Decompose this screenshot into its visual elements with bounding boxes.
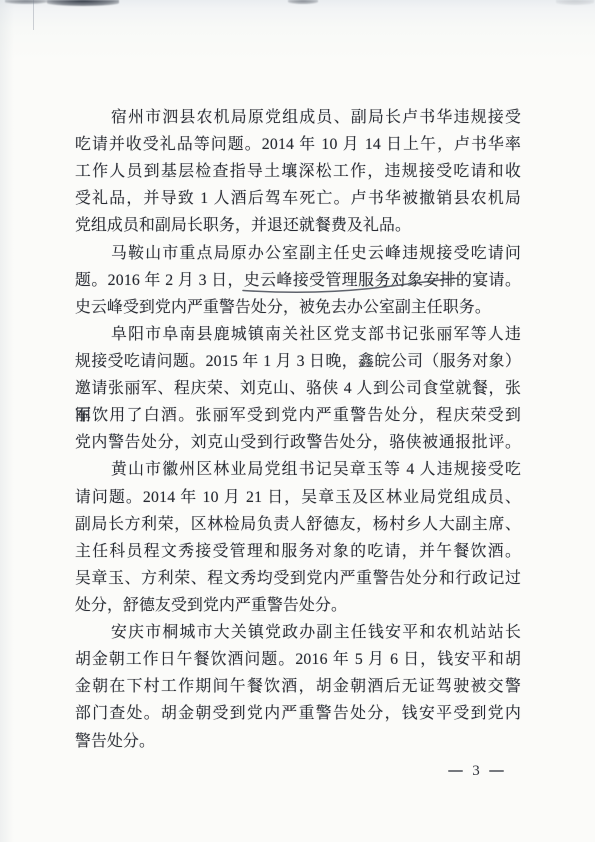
document-line: 工作人员到基层检查指导土壤深松工作，违规接受吃请和收 [75, 158, 521, 185]
document-line: 军饮用了白酒。张丽军受到党内严重警告处分，程庆荣受到 [75, 402, 521, 429]
document-line: 题。2016 年 2 月 3 日，史云峰接受管理服务对象安排的宴请。 [75, 267, 521, 294]
page-number: 3 [472, 764, 480, 779]
scan-smudge-mark [556, 0, 594, 5]
document-line: 马鞍山市重点局原办公室副主任史云峰违规接受吃请问 [75, 240, 521, 267]
document-line: 副局长方利荣，区林检局负责人舒德友，杨村乡人大副主席、 [75, 511, 521, 538]
scan-smudge-mark [47, 0, 119, 6]
document-line: 党内警告处分，刘克山受到行政警告处分，骆侠被通报批评。 [75, 429, 521, 456]
scan-smudge-mark [288, 0, 318, 4]
document-line: 黄山市徽州区林业局党组书记吴章玉等 4 人违规接受吃 [75, 456, 521, 483]
page-number-dash-right [489, 770, 504, 772]
document-line: 受礼品，并导致 1 人酒后驾车死亡。卢书华被撤销县农机局 [75, 185, 521, 212]
document-line: 规接受吃请问题。2015 年 1 月 3 日晚，鑫皖公司（服务对象） [75, 348, 521, 375]
document-line: 史云峰受到党内严重警告处分，被免去办公室副主任职务。 [75, 294, 521, 321]
document-line: 警告处分。 [75, 728, 521, 755]
scan-smudge-mark [5, 0, 47, 4]
page-number-dash-left [448, 770, 463, 772]
document-line: 吴章玉、方利荣、程文秀均受到党内严重警告处分和行政记过 [75, 565, 521, 592]
scanned-document-page: 宿州市泗县农机局原党组成员、副局长卢书华违规接受吃请并收受礼品等问题。2014 … [0, 0, 595, 842]
document-line: 吃请并收受礼品等问题。2014 年 10 月 14 日上午，卢书华率 [75, 131, 521, 158]
document-line: 安庆市桐城市大关镇党政办副主任钱安平和农机站站长 [75, 619, 521, 646]
document-line: 宿州市泗县农机局原党组成员、副局长卢书华违规接受 [75, 104, 521, 131]
document-line: 党组成员和副局长职务，并退还就餐费及礼品。 [75, 212, 521, 239]
scan-fold-line [33, 0, 34, 30]
document-line: 部门查处。胡金朝受到党内严重警告处分，钱安平受到党内 [75, 700, 521, 727]
document-line: 请问题。2014 年 10 月 21 日，吴章玉及区林业局党组成员、 [75, 484, 521, 511]
document-line: 处分，舒德友受到党内严重警告处分。 [75, 592, 521, 619]
page-footer: 3 [426, 761, 526, 781]
document-line: 胡金朝工作日午餐饮酒问题。2016 年 5 月 6 日，钱安平和胡 [75, 646, 521, 673]
document-body: 宿州市泗县农机局原党组成员、副局长卢书华违规接受吃请并收受礼品等问题。2014 … [75, 104, 521, 755]
document-line: 主任科员程文秀接受管理和服务对象的吃请，并午餐饮酒。 [75, 538, 521, 565]
document-line: 阜阳市阜南县鹿城镇南关社区党支部书记张丽军等人违 [75, 321, 521, 348]
document-line: 金朝在下村工作期间午餐饮酒，胡金朝酒后无证驾驶被交警 [75, 673, 521, 700]
document-line: 邀请张丽军、程庆荣、刘克山、骆侠 4 人到公司食堂就餐，张丽 [75, 375, 521, 402]
